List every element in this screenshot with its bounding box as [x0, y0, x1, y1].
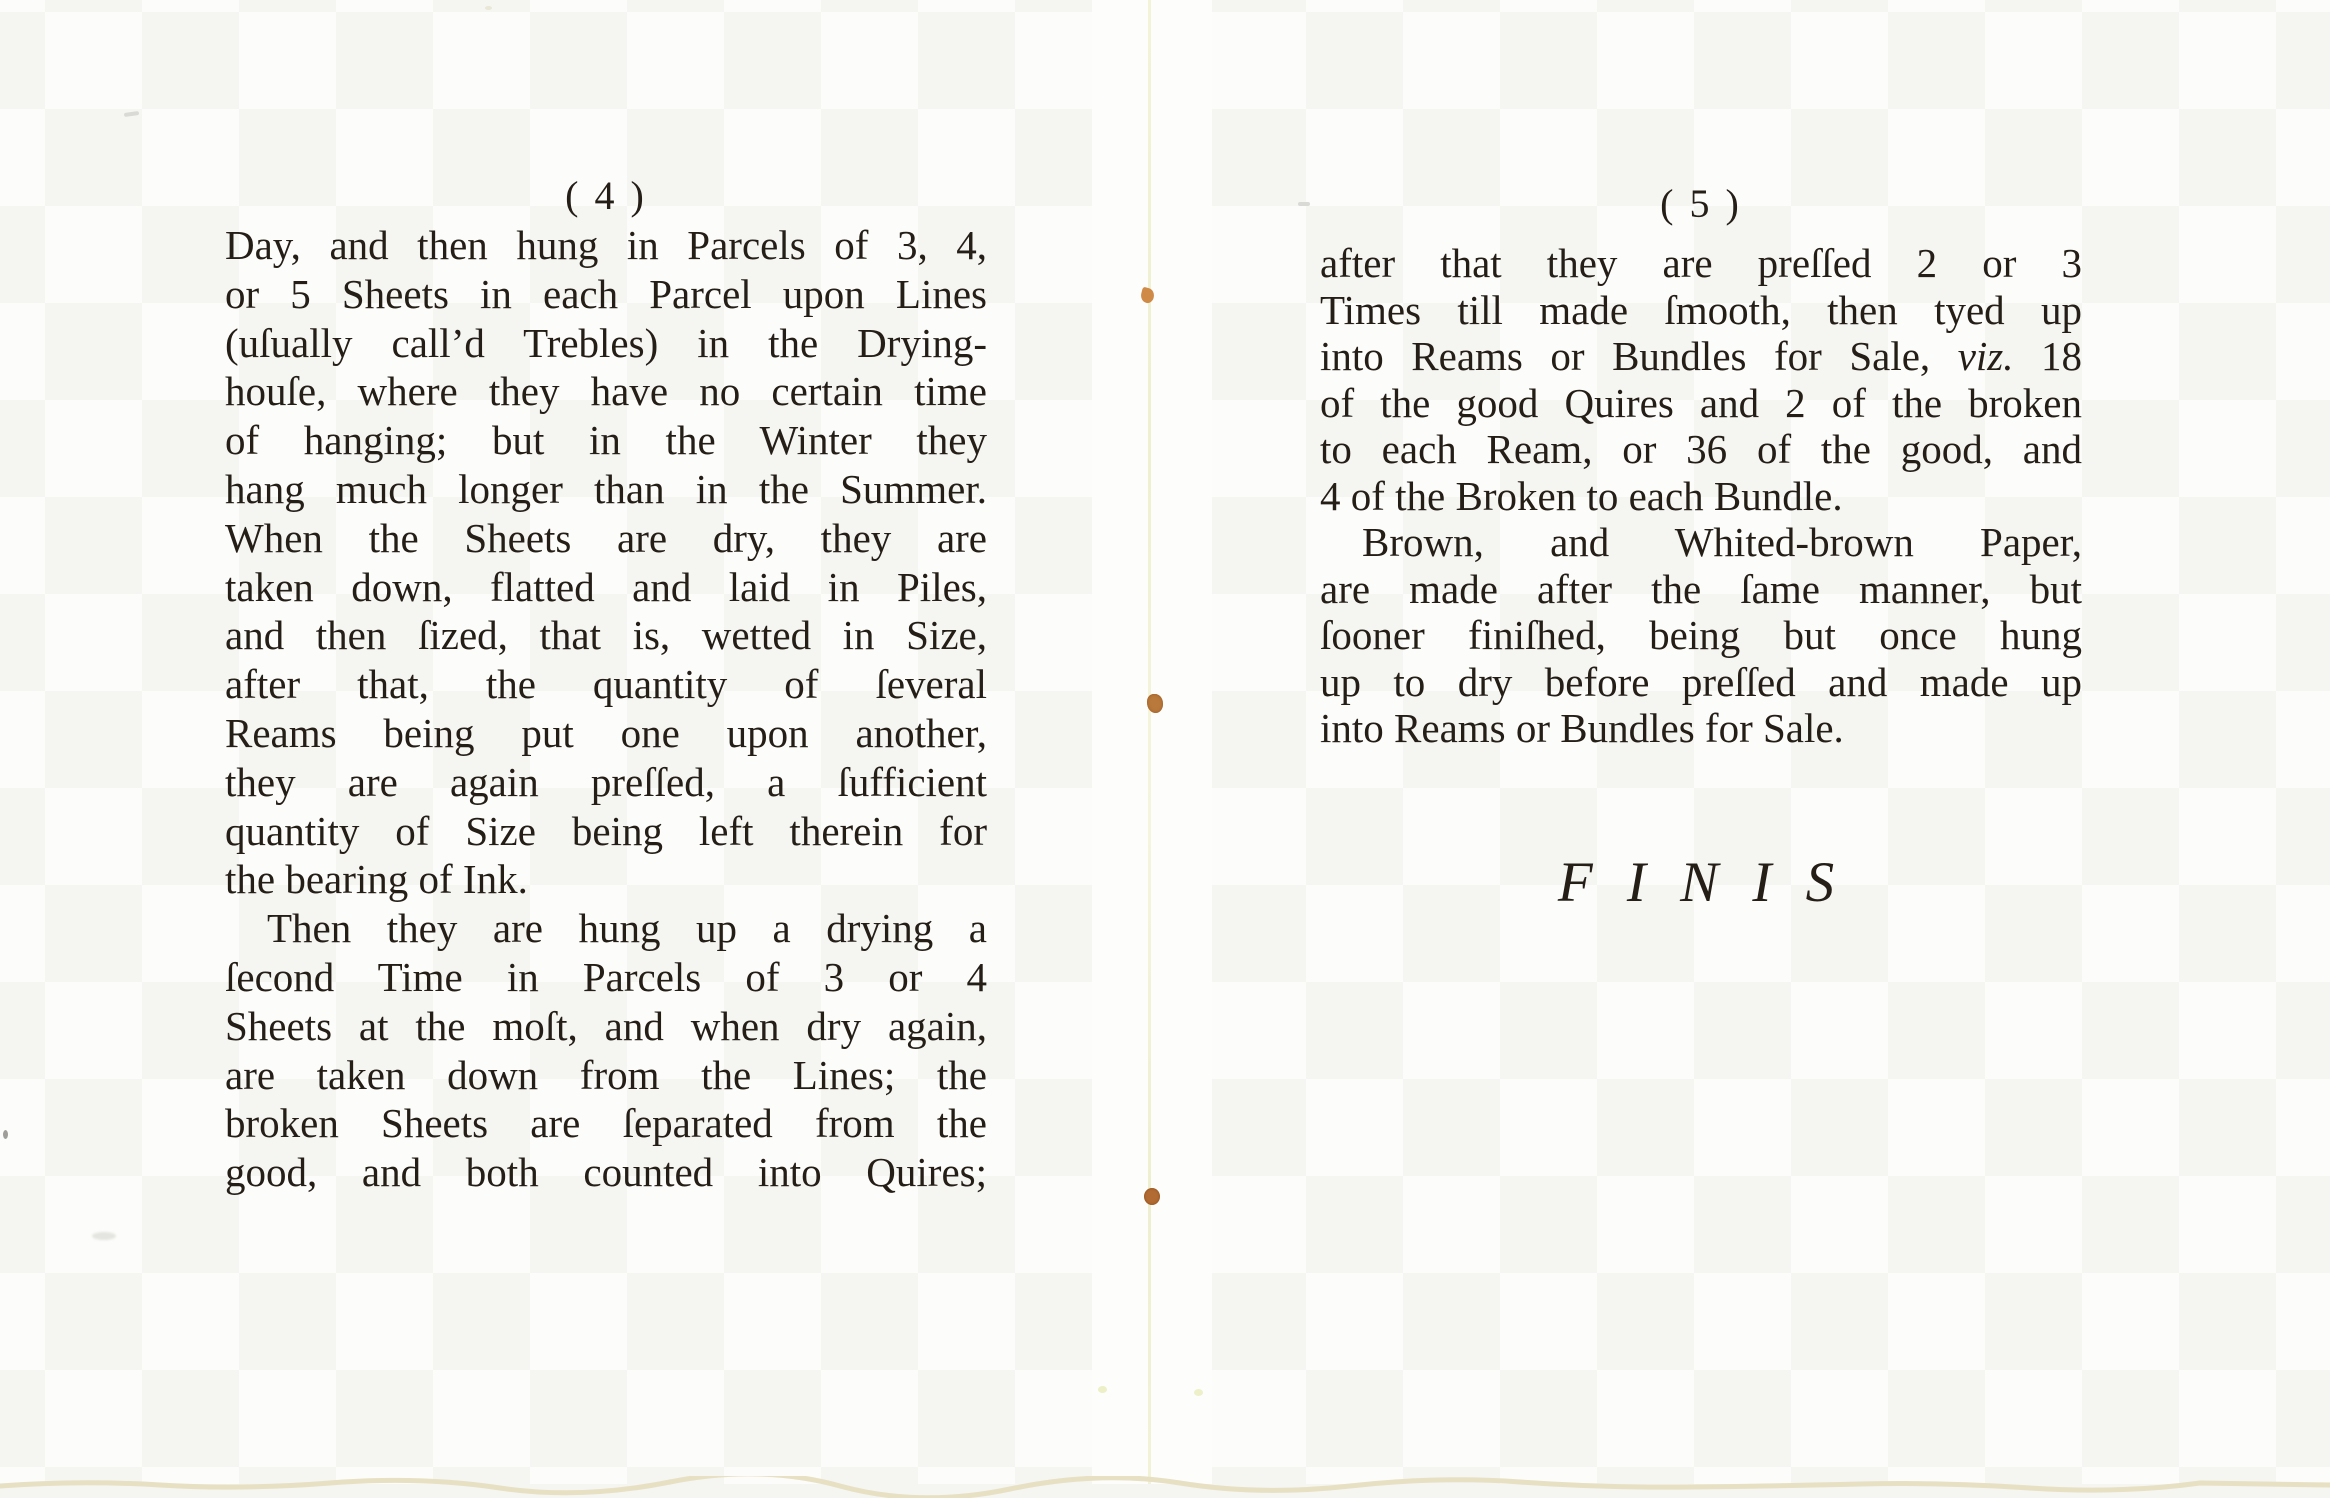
text-line: Reams being put one upon another, [225, 709, 987, 758]
text-line: are taken down from the Lines; the [225, 1051, 987, 1100]
text-line: 4 of the Broken to each Bundle. [1320, 473, 2082, 520]
foxing-spot [1144, 1188, 1160, 1205]
paper-mark [1298, 202, 1310, 206]
text-run: into Reams or Bundles for Sale, [1320, 333, 1958, 379]
text-line: houſe, where they have no certain time [225, 367, 987, 416]
text-line: after that, the quantity of ſeveral [225, 660, 987, 709]
paper-speck [3, 1130, 8, 1139]
text-line: Then they are hung up a drying a [225, 904, 987, 953]
page-bottom-edge [0, 1476, 2330, 1498]
text-line: Brown, and Whited-brown Paper, [1320, 519, 2082, 566]
text-line: quantity of Size being left therein for [225, 807, 987, 856]
paper-speck [1194, 1389, 1203, 1396]
text-line: Day, and then hung in Parcels of 3, 4, [225, 221, 987, 270]
text-line: ſooner finiſhed, being but once hung [1320, 612, 2082, 659]
page-left-text: Day, and then hung in Parcels of 3, 4, o… [225, 221, 987, 1197]
text-line: of hanging; but in the Winter they [225, 416, 987, 465]
text-line: taken down, flatted and laid in Piles, [225, 563, 987, 612]
text-line: into Reams or Bundles for Sale. [1320, 705, 2082, 752]
text-line: are made after the ſame manner, but [1320, 566, 2082, 613]
page-number-right: ( 5 ) [1320, 180, 2082, 227]
page-number-left: ( 4 ) [225, 172, 987, 219]
text-run: 18 [2013, 333, 2082, 379]
text-line: good, and both counted into Quires; [225, 1148, 987, 1197]
text-line: (uſually call’d Trebles) in the Drying- [225, 319, 987, 368]
text-line: up to dry before preſſed and made up [1320, 659, 2082, 706]
text-run-italic: viz. [1958, 333, 2014, 379]
text-line: ſecond Time in Parcels of 3 or 4 [225, 953, 987, 1002]
gutter-crease [1148, 0, 1151, 1498]
text-line: into Reams or Bundles for Sale, viz. 18 [1320, 333, 2082, 380]
paper-smudge [92, 1232, 116, 1240]
text-line: of the good Quires and 2 of the broken [1320, 380, 2082, 427]
text-line: to each Ream, or 36 of the good, and [1320, 426, 2082, 473]
paper-mark [124, 111, 139, 117]
text-line: they are again preſſed, a ſufficient [225, 758, 987, 807]
page-right-text: after that they are preſſed 2 or 3 Times… [1320, 240, 2082, 752]
foxing-spot [1147, 694, 1163, 713]
text-line: Times till made ſmooth, then tyed up [1320, 287, 2082, 334]
text-line: When the Sheets are dry, they are [225, 514, 987, 563]
book-scan: ( 4 ) Day, and then hung in Parcels of 3… [0, 0, 2330, 1498]
text-line: the bearing of Ink. [225, 855, 987, 904]
text-line: Sheets at the moſt, and when dry again, [225, 1002, 987, 1051]
text-line: and then ſized, that is, wetted in Size, [225, 611, 987, 660]
text-line: after that they are preſſed 2 or 3 [1320, 240, 2082, 287]
text-line: hang much longer than in the Summer. [225, 465, 987, 514]
paper-speck [1098, 1386, 1107, 1393]
finis-colophon: F I N I S [1320, 850, 2082, 915]
gutter-band [1092, 0, 1212, 1498]
paper-speck [485, 6, 492, 10]
text-line: or 5 Sheets in each Parcel upon Lines [225, 270, 987, 319]
text-line: broken Sheets are ſeparated from the [225, 1099, 987, 1148]
